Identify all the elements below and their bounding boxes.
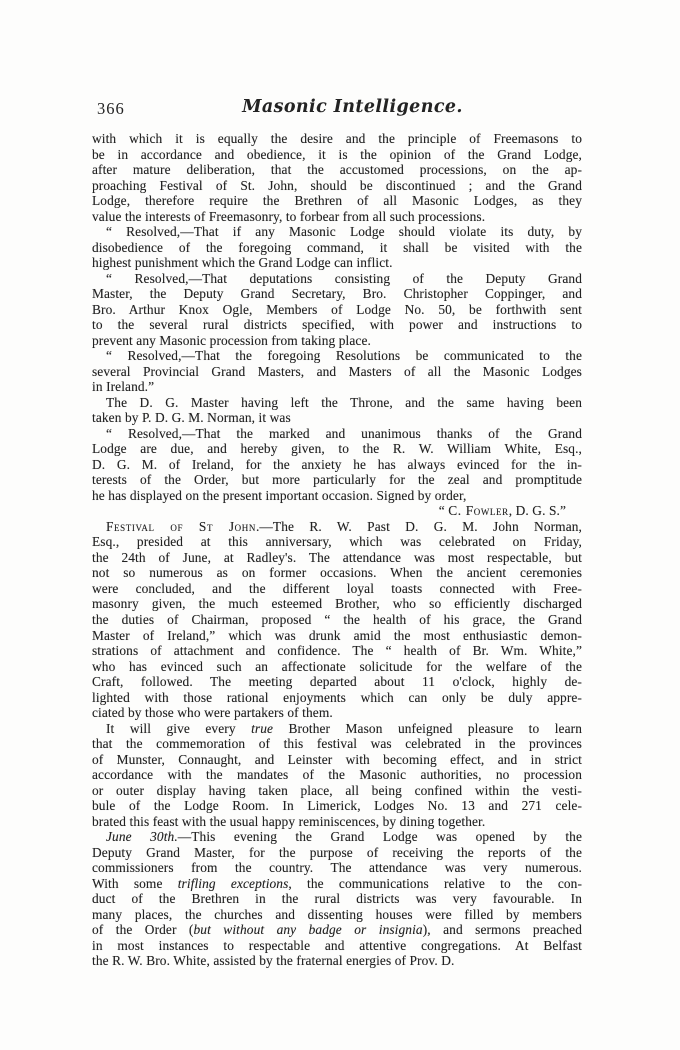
text-line: duct of the Brethren in the rural distri… xyxy=(92,891,582,907)
text-line: he has displayed on the present importan… xyxy=(92,488,582,504)
text-line: value the interests of Freemasonry, to f… xyxy=(92,209,582,225)
text-line: in most instances to respectable and att… xyxy=(92,938,582,954)
text-line: of Munster, Connaught, and Leinster with… xyxy=(92,752,582,768)
text-line: lighted with those rational enjoyments w… xyxy=(92,690,582,706)
text-line: disobedience of the foregoing command, i… xyxy=(92,240,582,256)
text-line: proaching Festival of St. John, should b… xyxy=(92,178,582,194)
text-line: the 24th of June, at Radley's. The atten… xyxy=(92,550,582,566)
text-line: not so numerous as on former occasions. … xyxy=(92,565,582,581)
text-line: in Ireland.” xyxy=(92,379,582,395)
text-line: terests of the Order, but more particula… xyxy=(92,472,582,488)
text-line: were concluded, and the different loyal … xyxy=(92,581,582,597)
running-header: 366 Masonic Intelligence. xyxy=(97,97,592,121)
text-line: Master of Ireland,” which was drunk amid… xyxy=(92,628,582,644)
text-line: taken by P. D. G. M. Norman, it was xyxy=(92,410,582,426)
text-line: D. G. M. of Ireland, for the anxiety he … xyxy=(92,457,582,473)
text-line: highest punishment which the Grand Lodge… xyxy=(92,255,582,271)
text-line: that the commemoration of this festival … xyxy=(92,736,582,752)
text-line: Lodge, therefore require the Brethren of… xyxy=(92,193,582,209)
text-line: of the Order (but without any badge or i… xyxy=(92,922,582,938)
text-line: Craft, followed. The meeting departed ab… xyxy=(92,674,582,690)
text-line: or outer display having taken place, all… xyxy=(92,783,582,799)
scanned-page: 366 Masonic Intelligence. with which it … xyxy=(0,0,680,1050)
text-line: Lodge are due, and hereby given, to the … xyxy=(92,441,582,457)
text-line: the R. W. Bro. White, assisted by the fr… xyxy=(92,953,582,969)
text-line: Deputy Grand Master, for the purpose of … xyxy=(92,845,582,861)
text-line: “ Resolved,—That deputations consisting … xyxy=(92,271,582,287)
text-line: many places, the churches and dissenting… xyxy=(92,907,582,923)
text-line: Esq., presided at this anniversary, whic… xyxy=(92,534,582,550)
text-line: With some trifling exceptions, the commu… xyxy=(92,876,582,892)
text-line: with which it is equally the desire and … xyxy=(92,131,582,147)
text-line: ciated by those who were partakers of th… xyxy=(92,705,582,721)
article-body: with which it is equally the desire and … xyxy=(92,131,582,969)
text-line: Festival of St John.—The R. W. Past D. G… xyxy=(92,519,582,535)
text-line: June 30th.—This evening the Grand Lodge … xyxy=(92,829,582,845)
text-line: “ Resolved,—That the marked and unanimou… xyxy=(92,426,582,442)
text-line: several Provincial Grand Masters, and Ma… xyxy=(92,364,582,380)
text-line: Master, the Deputy Grand Secretary, Bro.… xyxy=(92,286,582,302)
text-line: masonry given, the much esteemed Brother… xyxy=(92,596,582,612)
text-line: after mature deliberation, that the accu… xyxy=(92,162,582,178)
text-line: bule of the Lodge Room. In Limerick, Lod… xyxy=(92,798,582,814)
text-line: “ Resolved,—That if any Masonic Lodge sh… xyxy=(92,224,582,240)
text-line: to the several rural districts specified… xyxy=(92,317,582,333)
text-line: strations of attachment and confidence. … xyxy=(92,643,582,659)
text-line: It will give every true Brother Mason un… xyxy=(92,721,582,737)
text-line: “ Resolved,—That the foregoing Resolutio… xyxy=(92,348,582,364)
text-line: who has evinced such an affectionate sol… xyxy=(92,659,582,675)
text-line: “ C. Fowler, D. G. S.” xyxy=(92,503,582,519)
text-line: commissioners from the country. The atte… xyxy=(92,860,582,876)
text-line: accordance with the mandates of the Maso… xyxy=(92,767,582,783)
running-header-title: Masonic Intelligence. xyxy=(105,97,600,117)
text-line: The D. G. Master having left the Throne,… xyxy=(92,395,582,411)
text-line: the duties of Chairman, proposed “ the h… xyxy=(92,612,582,628)
text-line: Bro. Arthur Knox Ogle, Members of Lodge … xyxy=(92,302,582,318)
text-line: prevent any Masonic procession from taki… xyxy=(92,333,582,349)
text-line: be in accordance and obedience, it is th… xyxy=(92,147,582,163)
text-line: brated this feast with the usual happy r… xyxy=(92,814,582,830)
